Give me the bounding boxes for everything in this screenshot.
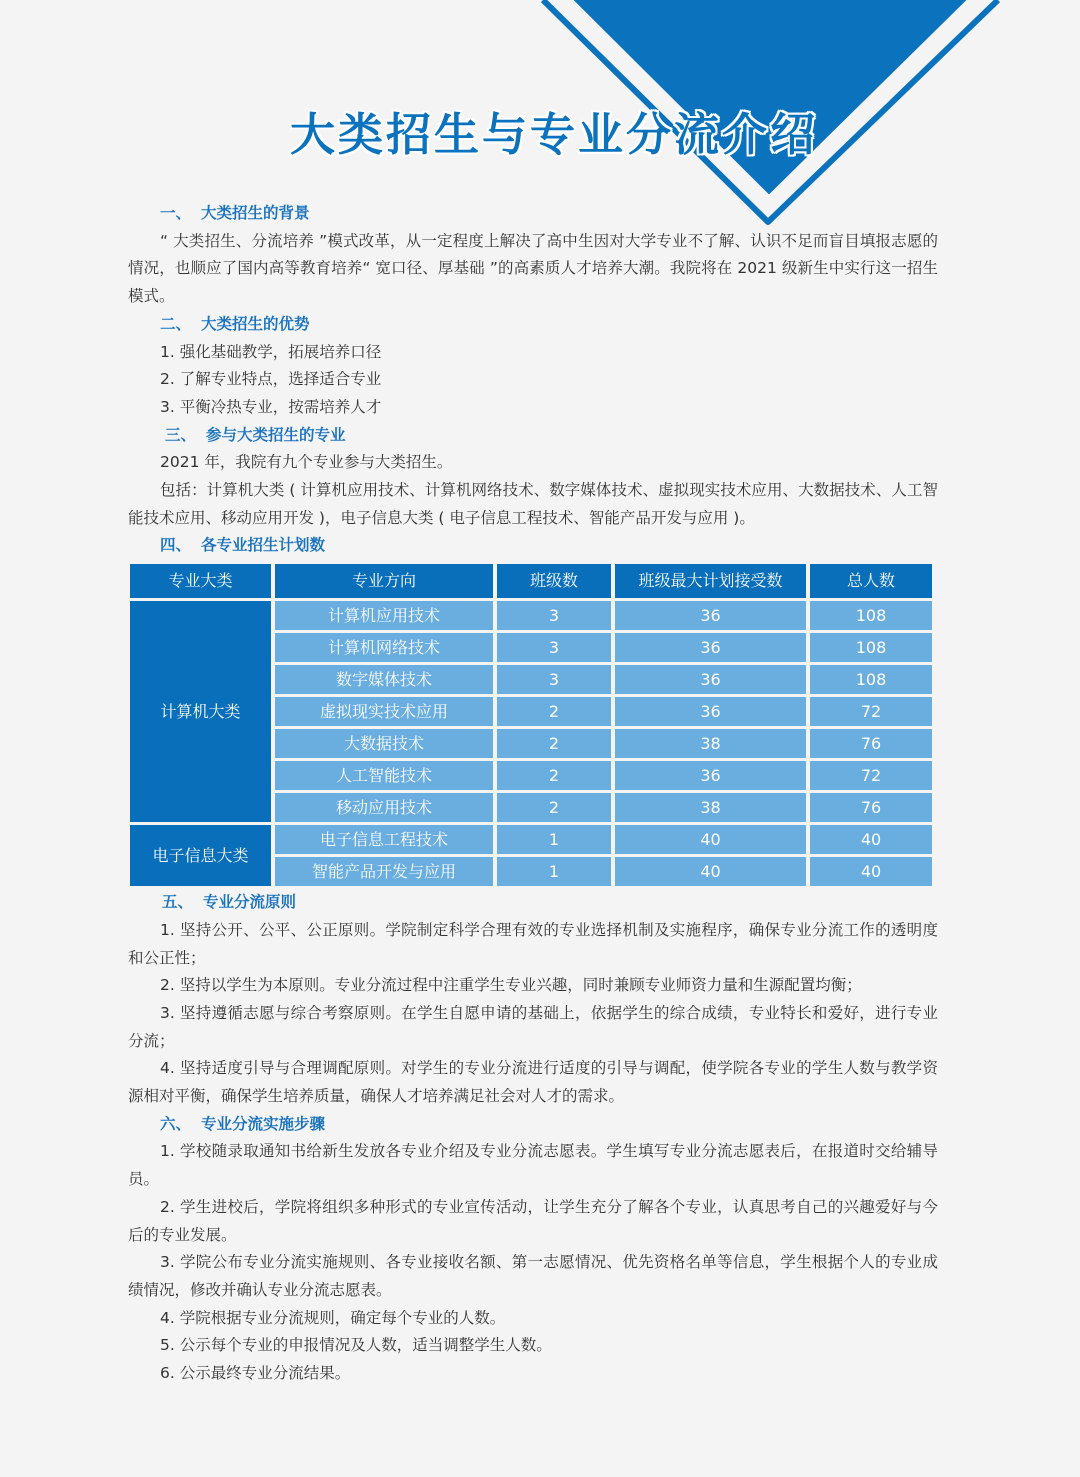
list-item: 3. 平衡冷热专业，按需培养人才 [128, 394, 938, 422]
list-item: 1. 强化基础教学，拓展培养口径 [128, 339, 938, 367]
classes-cell: 1 [497, 825, 611, 854]
section-heading-majors: 三、参与大类招生的专业 [128, 422, 938, 450]
max-per-class-cell: 38 [615, 793, 806, 822]
major-cell: 移动应用技术 [275, 793, 493, 822]
classes-cell: 3 [497, 601, 611, 630]
category-cell-computer: 计算机大类 [130, 601, 271, 822]
list-item: 5. 公示每个专业的申报情况及人数，适当调整学生人数。 [128, 1332, 938, 1360]
list-item: 1. 坚持公开、公平、公正原则。学院制定科学合理有效的专业选择机制及实施程序，确… [128, 917, 938, 972]
list-item: 1. 学校随录取通知书给新生发放各专业介绍及专业分流志愿表。学生填写专业分流志愿… [128, 1138, 938, 1193]
column-header-major: 专业方向 [275, 564, 493, 598]
classes-cell: 2 [497, 761, 611, 790]
classes-cell: 1 [497, 857, 611, 886]
major-cell: 计算机应用技术 [275, 601, 493, 630]
major-cell: 大数据技术 [275, 729, 493, 758]
major-cell: 虚拟现实技术应用 [275, 697, 493, 726]
column-header-total: 总人数 [810, 564, 932, 598]
list-item: 4. 坚持适度引导与合理调配原则。对学生的专业分流进行适度的引导与调配，使学院各… [128, 1055, 938, 1110]
classes-cell: 2 [497, 697, 611, 726]
document-body: 一、大类招生的背景 “ 大类招生、分流培养 ”模式改革，从一定程度上解决了高中生… [128, 200, 938, 1388]
total-cell: 76 [810, 729, 932, 758]
classes-cell: 2 [497, 793, 611, 822]
max-per-class-cell: 40 [615, 857, 806, 886]
list-item: 2. 了解专业特点，选择适合专业 [128, 366, 938, 394]
major-cell: 计算机网络技术 [275, 633, 493, 662]
total-cell: 108 [810, 633, 932, 662]
column-header-category: 专业大类 [130, 564, 271, 598]
total-cell: 108 [810, 665, 932, 694]
table-header-row: 专业大类 专业方向 班级数 班级最大计划接受数 总人数 [130, 564, 932, 598]
list-item: 2. 学生进校后，学院将组织多种形式的专业宣传活动，让学生充分了解各个专业，认真… [128, 1194, 938, 1249]
list-item: 2. 坚持以学生为本原则。专业分流过程中注重学生专业兴趣，同时兼顾专业师资力量和… [128, 972, 938, 1000]
max-per-class-cell: 36 [615, 665, 806, 694]
classes-cell: 3 [497, 665, 611, 694]
max-per-class-cell: 36 [615, 761, 806, 790]
total-cell: 108 [810, 601, 932, 630]
section-heading-plan: 四、各专业招生计划数 [128, 532, 938, 560]
classes-cell: 2 [497, 729, 611, 758]
classes-cell: 3 [497, 633, 611, 662]
list-item: 3. 坚持遵循志愿与综合考察原则。在学生自愿申请的基础上，依据学生的综合成绩，专… [128, 1000, 938, 1055]
major-cell: 电子信息工程技术 [275, 825, 493, 854]
column-header-max-per-class: 班级最大计划接受数 [615, 564, 806, 598]
list-item: 3. 学院公布专业分流实施规则、各专业接收名额、第一志愿情况、优先资格名单等信息… [128, 1249, 938, 1304]
page-title: 大类招生与专业分流介绍 [290, 98, 818, 163]
list-item: 4. 学院根据专业分流规则，确定每个专业的人数。 [128, 1305, 938, 1333]
category-cell-electronics: 电子信息大类 [130, 825, 271, 886]
max-per-class-cell: 38 [615, 729, 806, 758]
table-row: 计算机大类 计算机应用技术 3 36 108 [130, 601, 932, 630]
total-cell: 72 [810, 761, 932, 790]
section-heading-steps: 六、专业分流实施步骤 [128, 1111, 938, 1139]
total-cell: 76 [810, 793, 932, 822]
column-header-classes: 班级数 [497, 564, 611, 598]
max-per-class-cell: 40 [615, 825, 806, 854]
total-cell: 40 [810, 857, 932, 886]
enrollment-plan-table: 专业大类 专业方向 班级数 班级最大计划接受数 总人数 计算机大类 计算机应用技… [126, 561, 936, 889]
max-per-class-cell: 36 [615, 601, 806, 630]
major-cell: 数字媒体技术 [275, 665, 493, 694]
table-row: 电子信息大类 电子信息工程技术 1 40 40 [130, 825, 932, 854]
max-per-class-cell: 36 [615, 697, 806, 726]
paragraph: “ 大类招生、分流培养 ”模式改革，从一定程度上解决了高中生因对大学专业不了解、… [128, 228, 938, 311]
major-cell: 人工智能技术 [275, 761, 493, 790]
section-heading-principles: 五、专业分流原则 [128, 889, 938, 917]
paragraph: 包括：计算机大类 ( 计算机应用技术、计算机网络技术、数字媒体技术、虚拟现实技术… [128, 477, 938, 532]
section-heading-background: 一、大类招生的背景 [128, 200, 938, 228]
paragraph: 2021 年，我院有九个专业参与大类招生。 [128, 449, 938, 477]
major-cell: 智能产品开发与应用 [275, 857, 493, 886]
max-per-class-cell: 36 [615, 633, 806, 662]
total-cell: 40 [810, 825, 932, 854]
total-cell: 72 [810, 697, 932, 726]
section-heading-advantages: 二、大类招生的优势 [128, 311, 938, 339]
list-item: 6. 公示最终专业分流结果。 [128, 1360, 938, 1388]
